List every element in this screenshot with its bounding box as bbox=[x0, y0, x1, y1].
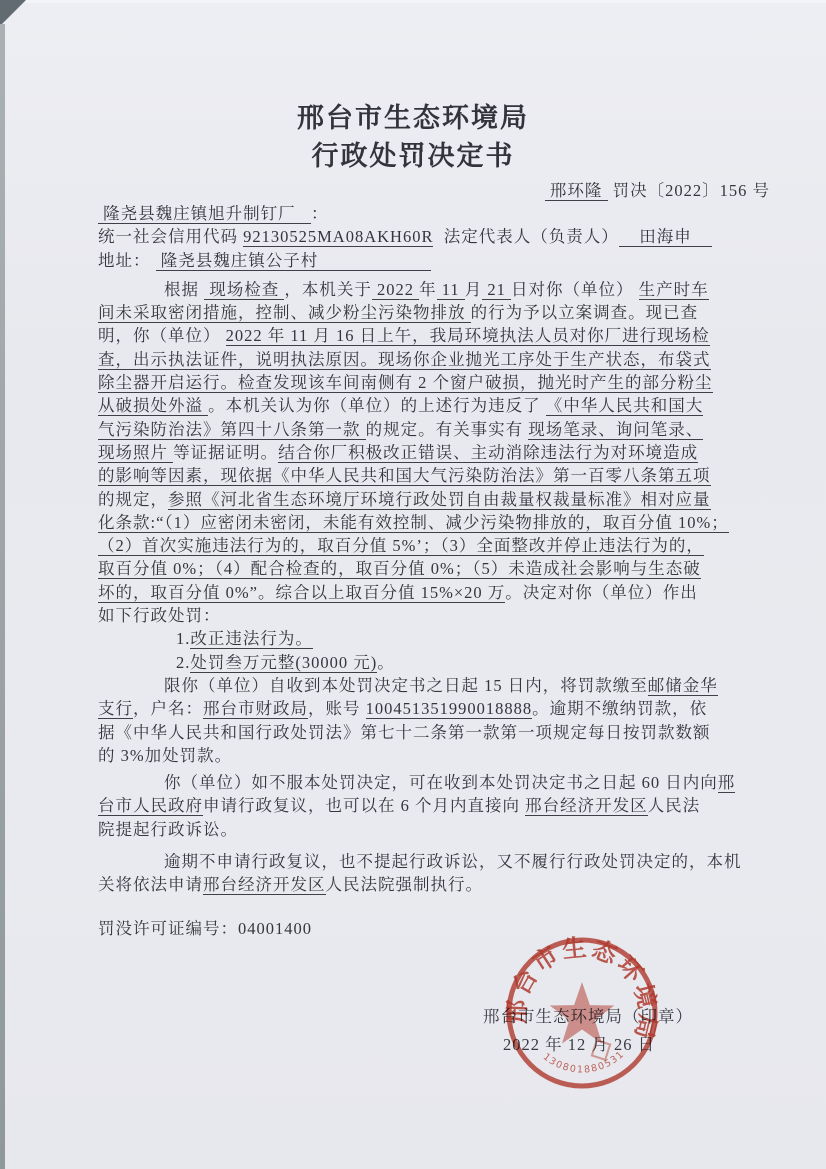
body-text: 隆尧县魏庄镇旭升制钉厂 ：统一社会信用代码 92130525MA08AKH60R… bbox=[98, 202, 778, 940]
body-line: （2）首次实施违法行为的，取百分值 5%’；（3）全面整改并停止违法行为的， bbox=[98, 534, 778, 557]
doc-number-area: 邢环隆 罚决〔2022〕156 号 bbox=[545, 177, 770, 200]
body-line: 如下行政处罚： bbox=[98, 604, 778, 627]
body-line: 你（单位）如不服本处罚决定，可在收到本处罚决定书之日起 60 日内向邢 bbox=[98, 771, 778, 794]
document-paper: 邢台市生态环境局 行政处罚决定书 邢环隆 罚决〔2022〕156 号 隆尧县魏庄… bbox=[0, 0, 826, 1169]
permit-number-line: 罚没许可证编号：04001400 bbox=[98, 917, 778, 940]
body-line: 间未采取密闭措施，控制、减少粉尘污染物排放 的行为予以立案调查。现已查 bbox=[98, 301, 778, 324]
body-line: 支行，户名：邢台市财政局，账号 100451351990018888。逾期不缴纳… bbox=[98, 697, 778, 720]
body-line: 台市人民政府申请行政复议，也可以在 6 个月内直接向 邢台经济开发区人民法 bbox=[98, 794, 778, 817]
page-title: 邢台市生态环境局 bbox=[0, 96, 826, 135]
body-line: 的影响等因素，现依据《中华人民共和国大气污染防治法》第一百零八条第五项 bbox=[98, 464, 778, 487]
scan-top-edge bbox=[0, 0, 826, 3]
body-line: 限你（单位）自收到本处罚决定书之日起 15 日内，将罚款缴至邮储金华 bbox=[98, 674, 778, 697]
scan-left-edge bbox=[0, 24, 5, 1169]
body-line: 从破损处外溢 。本机关认为你（单位）的上述行为违反了 《中华人民共和国大 bbox=[98, 394, 778, 417]
address-line: 地址： 隆尧县魏庄镇公子村 bbox=[98, 249, 778, 272]
body-line: 取百分值 0%；（4）配合检查的，取百分值 0%；（5）未造成社会影响与生态破 bbox=[98, 557, 778, 580]
body-line: 除尘器开启运行。检查发现该车间南侧有 2 个窗户破损，抛光时产生的部分粉尘 bbox=[98, 371, 778, 394]
penalty-item-2: 2.处罚叁万元整(30000 元)。 bbox=[98, 651, 778, 674]
body-line: 据《中华人民共和国行政处罚法》第七十二条第一款第一项规定每日按罚款数额 bbox=[98, 721, 778, 744]
body-line: 逾期不申请行政复议，也不提起行政诉讼，又不履行行政处罚决定的，本机 bbox=[98, 850, 778, 873]
body-line: 根据 现场检查 ，本机关于 2022 年 11 月 21 日对你（单位） 生产时… bbox=[98, 278, 778, 301]
body-line: 坏的，取百分值 0%”。综合以上取百分值 15%×20 万。决定对你（单位）作出 bbox=[98, 581, 778, 604]
body-line: 现场照片 等证据证明。结合你厂积极改正错误、主动消除违法行为对环境造成 bbox=[98, 441, 778, 464]
body-line: 气污染防治法》第四十八条第一款 的规定。有关事实有 现场笔录、询问笔录、 bbox=[98, 418, 778, 441]
recipient-line: 隆尧县魏庄镇旭升制钉厂 ： bbox=[98, 202, 778, 225]
body-line: 明，你（单位） 2022 年 11 月 16 日上午，我局环境执法人员对你厂进行… bbox=[98, 324, 778, 347]
body-line: 查，出示执法证件，说明执法原因。现场你企业抛光工序处于生产状态，布袋式 bbox=[98, 348, 778, 371]
body-line: 的规定，参照《河北省生态环境厅环境行政处罚自由裁量权裁量标准》相对应量 bbox=[98, 488, 778, 511]
body-line: 关将依法申请邢台经济开发区人民法院强制执行。 bbox=[98, 873, 778, 896]
page-subtitle: 行政处罚决定书 bbox=[0, 134, 826, 173]
body-line: 院提起行政诉讼。 bbox=[98, 818, 778, 841]
signature-date: 2022 年 12 月 26 日 bbox=[503, 1031, 655, 1055]
penalty-item-1: 1.改正违法行为。 bbox=[98, 627, 778, 650]
body-line: 化条款:“（1）应密闭未密闭，未能有效控制、减少污染物排放的，取百分值 10%； bbox=[98, 511, 778, 534]
scan-corner-artifact bbox=[0, 0, 26, 26]
signature-agency: 邢台市生态环境局（印章） bbox=[483, 1003, 693, 1027]
seal-text: 邢台市生态环境局 bbox=[503, 934, 661, 1044]
doc-number: 邢环隆 罚决〔2022〕156 号 bbox=[545, 177, 770, 200]
body-line: 的 3%加处罚款。 bbox=[98, 744, 778, 767]
credit-code-line: 统一社会信用代码 92130525MA08AKH60R 法定代表人（负责人） 田… bbox=[98, 225, 778, 248]
